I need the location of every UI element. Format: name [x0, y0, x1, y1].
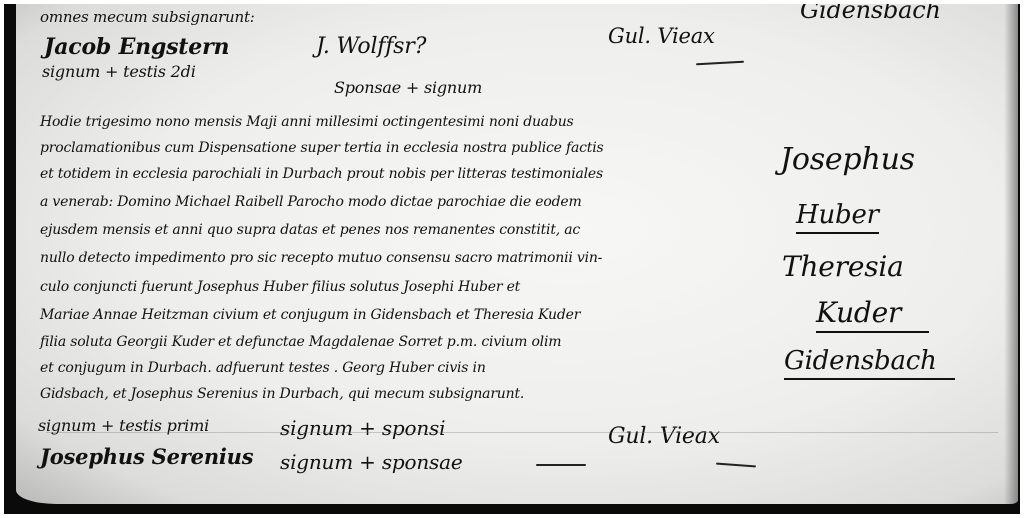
bride-mark: signum + sponsae: [280, 450, 462, 474]
previous-bride-mark: Sponsae + signum: [334, 78, 482, 97]
previous-witness-signature: Jacob Engstern: [44, 34, 229, 60]
margin-groom-last-name: Huber: [796, 200, 879, 234]
entry-line-2: proclamationibus cum Dispensatione super…: [40, 140, 603, 156]
entry-line-3: et totidem in ecclesia parochiali in Dur…: [40, 166, 603, 182]
page-fold-line: [46, 432, 998, 433]
entry-line-4: a venerab: Domino Michael Raibell Paroch…: [40, 194, 582, 210]
previous-witness-mark: signum + testis 2di: [42, 62, 196, 81]
entry-line-8: Mariae Annae Heitzman civium et conjugum…: [40, 307, 580, 323]
margin-bride-first-name: Theresia: [782, 250, 904, 283]
entry-line-1: Hodie trigesimo nono mensis Maji anni mi…: [40, 114, 574, 130]
entry-line-9: filia soluta Georgii Kuder et defunctae …: [40, 334, 561, 350]
second-witness-signature: Josephus Serenius: [40, 444, 253, 469]
margin-place-name: Gidensbach: [784, 346, 955, 380]
register-page: omnes mecum subsignarunt: Jacob Engstern…: [16, 4, 1018, 504]
priest-signature: Gul. Vieax: [608, 424, 720, 449]
margin-bride-last-name: Kuder: [816, 296, 929, 333]
entry-line-7: culo conjuncti fuerunt Josephus Huber fi…: [40, 279, 520, 295]
entry-line-6: nullo detecto impedimento pro sic recept…: [40, 250, 602, 266]
signature-flourish: [696, 61, 744, 66]
entry-line-11: Gidsbach, et Josephus Serenius in Durbac…: [40, 386, 524, 402]
entry-line-5: ejusdem mensis et anni quo supra datas e…: [40, 222, 580, 238]
previous-priest-signature: Gul. Vieax: [608, 24, 715, 48]
margin-groom-first-name: Josephus: [780, 142, 915, 177]
groom-mark: signum + sponsi: [280, 416, 445, 440]
signature-flourish: [536, 464, 586, 466]
previous-signature: J. Wolffsr?: [316, 34, 426, 59]
previous-entry-closing: omnes mecum subsignarunt:: [40, 8, 255, 26]
entry-line-10: et conjugum in Durbach. adfuerunt testes…: [40, 360, 486, 376]
signature-flourish: [716, 463, 756, 468]
scan-frame: omnes mecum subsignarunt: Jacob Engstern…: [4, 4, 1020, 514]
previous-margin-place: Gidensbach: [800, 4, 941, 24]
